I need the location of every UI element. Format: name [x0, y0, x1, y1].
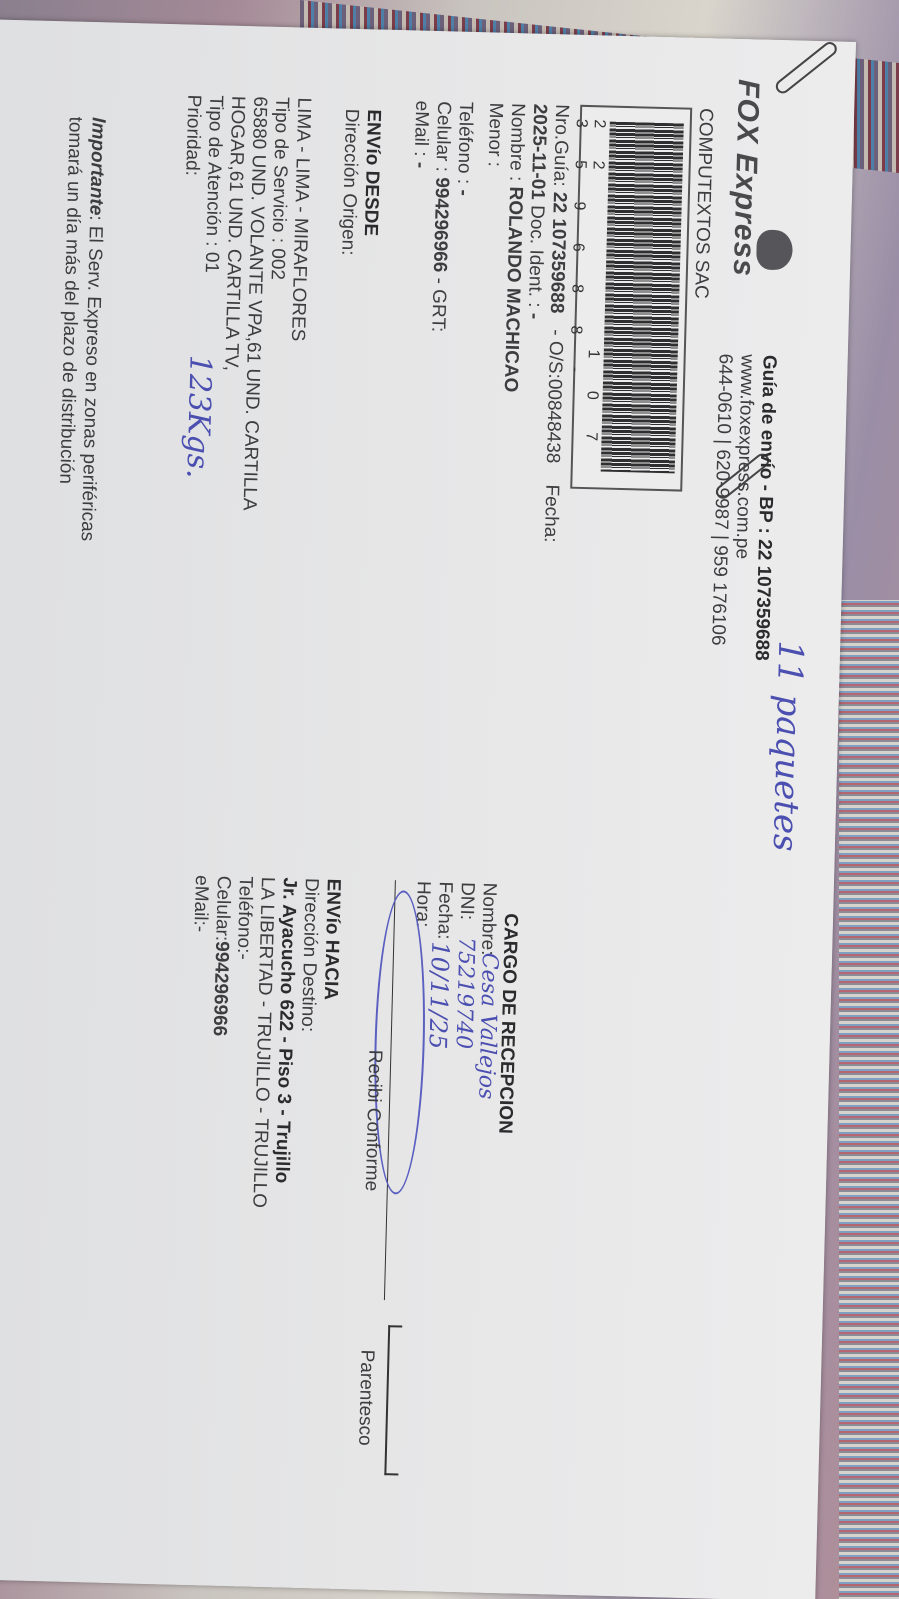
shipping-guide-document: FOX Express Guía de envío - BP : 22 1073…	[0, 19, 856, 1599]
fox-logo-icon	[756, 229, 793, 270]
destination-cell: Celular:994296966	[208, 875, 234, 1036]
destination-address-label: Dirección Destino:	[296, 878, 322, 1033]
priority-label: Prioridad:	[180, 94, 204, 176]
sender-phone-row: Teléfono : -	[452, 102, 476, 197]
reception-name-label: Nombre:	[476, 882, 500, 955]
parentesco-bracket-left	[388, 1325, 402, 1327]
destination-heading: ENVío HACIA	[319, 878, 344, 1000]
parentesco-label: Parentesco	[353, 1349, 378, 1446]
parentesco-bracket	[384, 1325, 390, 1475]
fabric-background-right	[839, 600, 899, 1599]
company-name: COMPUTEXTOS SAC	[689, 108, 716, 299]
received-ok-label: Recibi Conforme	[360, 1049, 386, 1191]
barcode-box: 2 2 1 0 7 3 5 9 6 8 8 -	[570, 105, 692, 492]
destination-phone: Teléfono:-	[232, 876, 256, 960]
menor-row: Menor :	[483, 102, 507, 167]
destination-email: eMail:-	[188, 875, 211, 933]
handwritten-receiver-date: 10/11/25	[423, 941, 454, 1049]
handwritten-weight: 123Kgs.	[179, 354, 217, 479]
brand-logo: FOX Express	[726, 79, 765, 278]
handwritten-receiver-name: Cesa Vallejos	[473, 952, 502, 1099]
origin-address-label: Dirección Origen:	[336, 109, 362, 256]
parentesco-bracket-right	[384, 1473, 398, 1475]
handwritten-receiver-dni: 75219740	[451, 937, 479, 1050]
phone-numbers: 644-0610 | 620-9987 | 959 176106	[706, 353, 736, 645]
origin-heading: ENVío DESDE	[359, 109, 384, 236]
reception-date-label: Fecha:	[432, 881, 456, 940]
sender-email-row: eMail : -	[409, 100, 433, 168]
attention-type: Tipo de Atención : 01	[200, 95, 227, 273]
reception-dni-label: DNI:	[455, 882, 478, 921]
barcode	[601, 122, 684, 474]
handwritten-packages: 11 paquetes	[765, 640, 811, 852]
paperclip-icon	[773, 39, 840, 96]
